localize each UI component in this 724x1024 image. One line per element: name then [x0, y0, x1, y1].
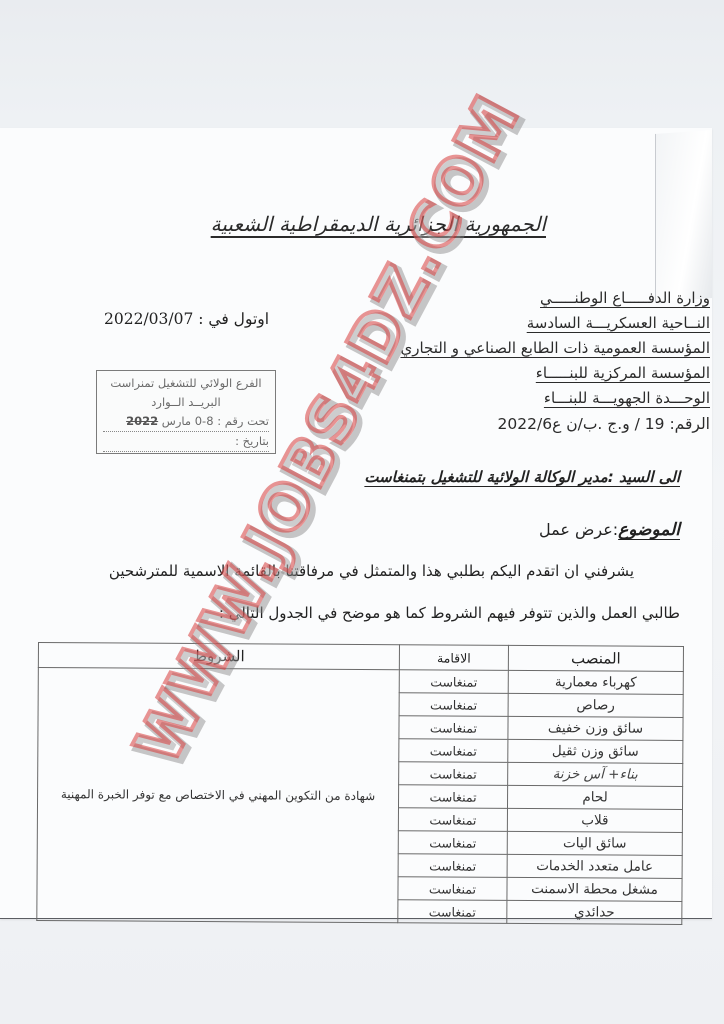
- stamp-number-value: 8-0: [195, 414, 214, 428]
- stamp-date-label: بتاريخ :: [103, 432, 269, 452]
- header-position: المنصب: [508, 645, 683, 671]
- incoming-mail-stamp: الفرع الولائي للتشغيل تمنراست البريــد ا…: [96, 370, 276, 454]
- subject-label: الموضوع: [618, 520, 680, 540]
- header-line-unit: الوحـــدة الجهويـــة للبنـــاء: [330, 386, 710, 411]
- header-residence: الاقامة: [399, 645, 508, 671]
- addressee: الى السيد :مدير الوكالة الولائية للتشغيل…: [364, 468, 680, 486]
- cell-residence: تمنغاست: [399, 762, 508, 786]
- cell-position: رصاص: [508, 693, 683, 717]
- cell-residence: تمنغاست: [398, 877, 507, 901]
- cell-position: عامل متعدد الخدمات: [507, 854, 682, 878]
- cell-position: كهرباء معمارية: [508, 670, 683, 694]
- cell-residence: تمنغاست: [398, 785, 507, 809]
- reference-number: الرقم: 19 / و.ج .ب/ن ع2022/6: [330, 411, 710, 437]
- cell-residence: تمنغاست: [398, 854, 507, 878]
- header-line-enterprise: المؤسسة العمومية ذات الطابع الصناعي و ال…: [330, 336, 710, 361]
- date-value: 2022/03/07: [104, 310, 193, 328]
- cell-residence: تمنغاست: [399, 739, 508, 763]
- table-row: كهرباء معمارية تمنغاست شهادة من التكوين …: [38, 668, 683, 695]
- cell-residence: تمنغاست: [399, 670, 508, 694]
- cell-position: بناء+ آس خزنة: [508, 762, 683, 786]
- stamp-year: 2022: [126, 414, 158, 428]
- folded-paper-corner: [655, 130, 712, 302]
- cell-position: مشغل محطة الاسمنت: [507, 877, 682, 901]
- sender-header: وزارة الدفـــــاع الوطنـــــي النــاحية …: [330, 286, 710, 437]
- cell-residence: تمنغاست: [398, 808, 507, 832]
- body-paragraph-line-2: طالبي العمل والذين تتوفر فيهم الشروط كما…: [219, 604, 680, 622]
- date-line: اوتول في : 2022/03/07: [104, 310, 269, 328]
- date-label: اوتول في :: [198, 310, 269, 328]
- header-line-central: المؤسسة المركزية للبنـــــاء: [330, 361, 710, 386]
- cell-position: سائق وزن خفيف: [508, 716, 683, 740]
- header-line-region: النــاحية العسكريـــة السادسة: [330, 311, 710, 336]
- cell-position: سائق اليات: [507, 831, 682, 855]
- body-paragraph-line-1: يشرفني ان اتقدم اليكم بطلبي هذا والمتمثل…: [109, 562, 634, 580]
- cell-position: قلاب: [507, 808, 682, 832]
- cell-residence: تمنغاست: [399, 693, 508, 717]
- stamp-office: الفرع الولائي للتشغيل تمنراست: [103, 374, 269, 393]
- cell-conditions: شهادة من التكوين المهني في الاختصاص مع ت…: [37, 668, 400, 923]
- stamp-number-row: تحت رقم : 8-0 مارس 2022: [103, 412, 269, 432]
- job-offers-table: المنصب الاقامة الشروط كهرباء معمارية تمن…: [36, 642, 684, 925]
- header-line-ministry: وزارة الدفـــــاع الوطنـــــي: [330, 286, 710, 311]
- stamp-number-label: تحت رقم :: [217, 414, 269, 428]
- subject-line: الموضوع:عرض عمل: [539, 520, 680, 540]
- cell-residence: تمنغاست: [399, 716, 508, 740]
- cell-position: سائق وزن ثقيل: [508, 739, 683, 763]
- cell-residence: تمنغاست: [398, 900, 507, 924]
- subject-value: :عرض عمل: [539, 520, 618, 539]
- cell-position: لحام: [507, 785, 682, 809]
- cell-position: حدائدي: [507, 900, 682, 924]
- header-conditions: الشروط: [38, 643, 399, 670]
- document-title: الجمهورية الجزائرية الديمقراطية الشعبية: [211, 212, 546, 236]
- stamp-month: مارس: [162, 414, 191, 428]
- cell-residence: تمنغاست: [398, 831, 507, 855]
- stamp-incoming: البريــد الــوارد: [103, 393, 269, 412]
